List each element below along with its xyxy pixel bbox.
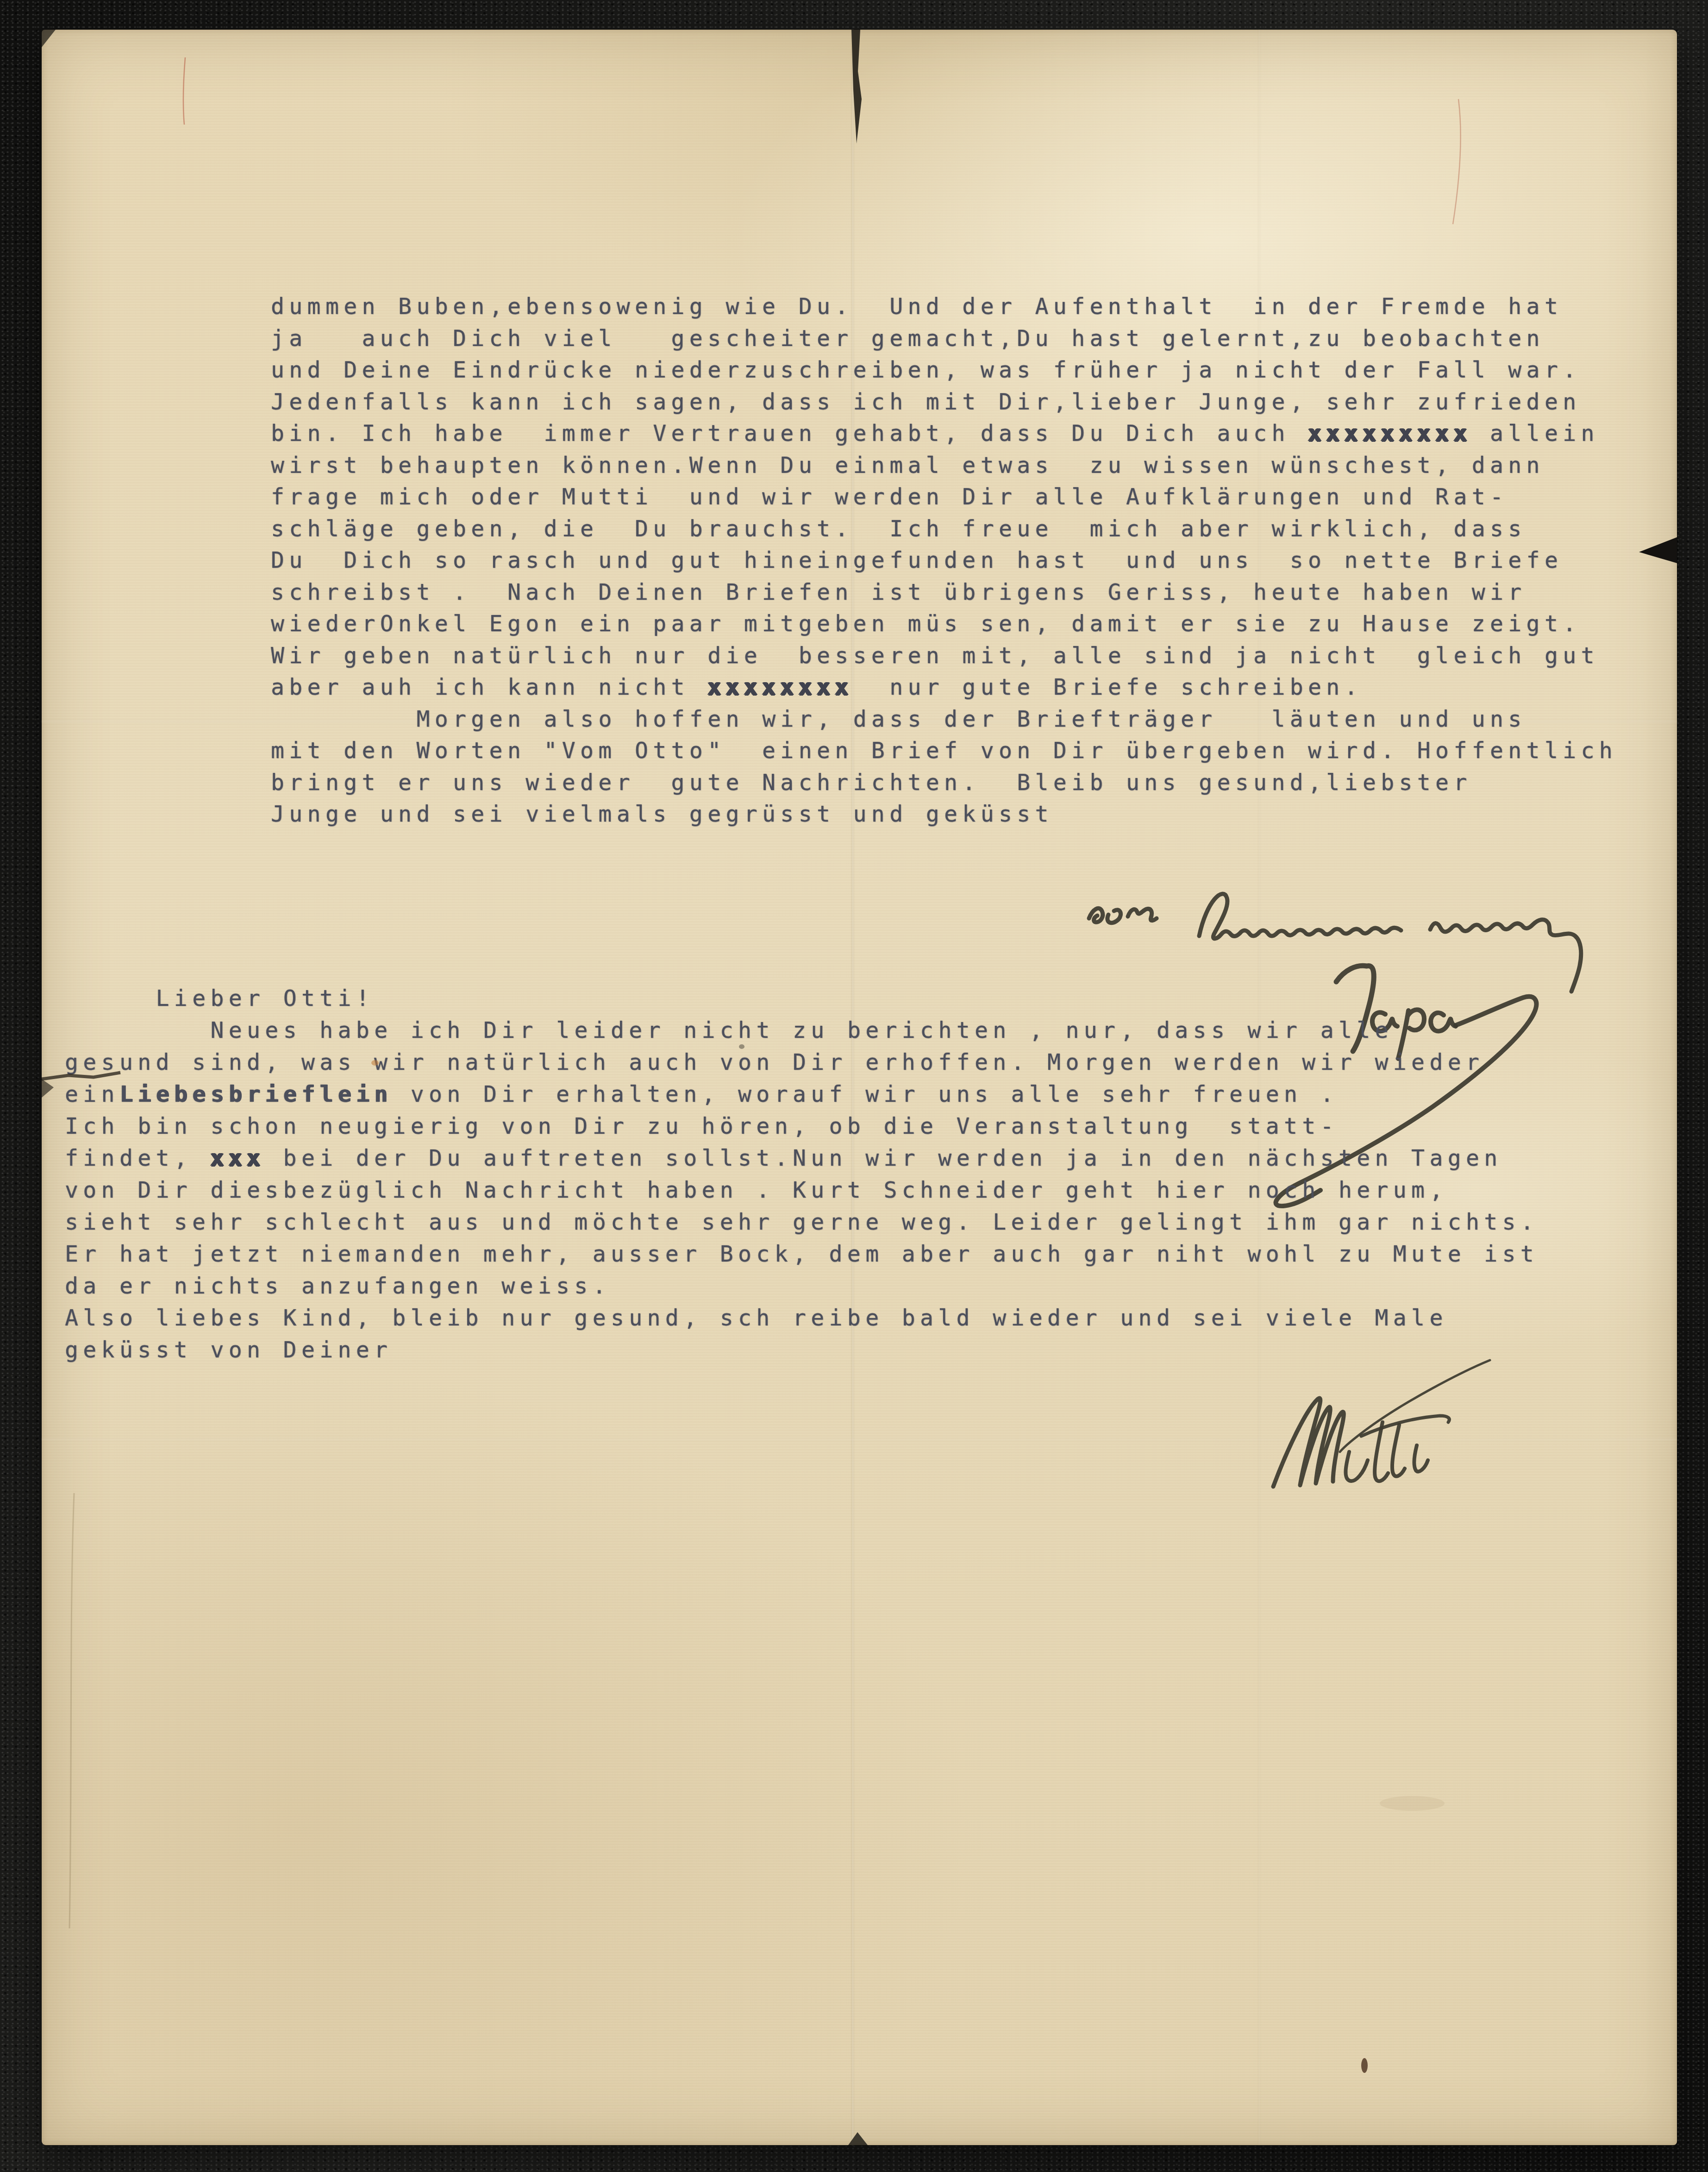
typed-text: Lieber Otti! (156, 986, 375, 1011)
left-edge-tear-shadow (42, 1079, 54, 1098)
typed-line: einLiebesbrieflein von Dir erhalten, wor… (65, 1079, 1539, 1111)
typed-line: gesund sind, was wir natürlich auch von … (65, 1047, 1539, 1079)
typed-text: Jedenfalls kann ich sagen, dass ich mit … (271, 389, 1581, 415)
typed-line: und Deine Eindrücke niederzuschreiben, w… (271, 354, 1617, 386)
typed-text: Neues habe ich Dir leider nicht zu beric… (210, 1017, 1393, 1043)
typed-text: frage mich oder Mutti und wir werden Dir… (271, 484, 1508, 510)
right-edge-notch (1639, 537, 1677, 563)
typed-line: dummen Buben,ebensowenig wie Du. Und der… (271, 291, 1617, 323)
photographed-letter-scene: dummen Buben,ebensowenig wie Du. Und der… (0, 0, 1708, 2172)
left-edge-fiber (69, 1493, 74, 1928)
horizontal-fold-crease-lower (42, 1438, 1677, 1441)
typed-text: ja auch Dich viel gescheiter gemacht,Du … (271, 326, 1545, 352)
red-fiber-top-right (1453, 99, 1460, 224)
typed-line: Junge und sei vielmals gegrüsst und gekü… (271, 798, 1617, 830)
typed-text: Er hat jetzt niemanden mehr, ausser Bock… (65, 1241, 1539, 1267)
overtyped-deletion: xxxxxxxx (707, 674, 853, 700)
typed-line: bringt er uns wieder gute Nachrichten. B… (271, 767, 1617, 799)
letter-page: dummen Buben,ebensowenig wie Du. Und der… (42, 30, 1677, 2145)
typed-text: Morgen also hoffen wir, dass der Brieftr… (416, 706, 1526, 732)
typed-text: ein (65, 1081, 119, 1107)
faint-smudge (1380, 1796, 1445, 1811)
typed-text: Ich bin schon neugierig von Dir zu hören… (65, 1113, 1339, 1139)
typed-line: Wir geben natürlich nur die besseren mit… (271, 640, 1617, 672)
typed-line: Jedenfalls kann ich sagen, dass ich mit … (271, 386, 1617, 418)
typed-line: frage mich oder Mutti und wir werden Dir… (271, 481, 1617, 513)
typed-line: Lieber Otti! (156, 983, 1539, 1015)
typed-line: geküsst von Deiner (65, 1334, 1539, 1366)
typed-text: findet, (65, 1145, 210, 1171)
typed-text: von Dir erhalten, worauf wir uns alle se… (392, 1081, 1339, 1107)
mutti-signature-text: Mutti (42, 30, 42, 30)
typed-text: mit den Worten "Vom Otto" einen Brief vo… (271, 738, 1617, 764)
typed-text: sieht sehr schlecht aus und möchte sehr … (65, 1209, 1539, 1235)
mutti-signature-handwriting (1199, 1355, 1495, 1507)
typed-line: sieht sehr schlecht aus und möchte sehr … (65, 1206, 1539, 1238)
papa-closing-text: von Deinem treuen (42, 30, 42, 30)
typed-text: wiederOnkel Egon ein paar mitgeben müs s… (271, 611, 1581, 637)
red-fiber-top-left (183, 57, 185, 125)
typed-text: gesund sind, was wir natürlich auch von … (65, 1049, 1484, 1075)
typed-text: nur gute Briefe schreiben. (853, 674, 1363, 700)
typed-line: Ich bin schon neugierig von Dir zu hören… (65, 1111, 1539, 1142)
typed-line: Neues habe ich Dir leider nicht zu beric… (210, 1015, 1539, 1047)
typed-text: schreibst . Nach Deinen Briefen ist übri… (271, 579, 1527, 605)
typed-line: schläge geben, die Du brauchst. Ich freu… (271, 513, 1617, 545)
typed-line: Er hat jetzt niemanden mehr, ausser Bock… (65, 1238, 1539, 1270)
top-left-corner-nick (42, 30, 56, 47)
typed-text: bringt er uns wieder gute Nachrichten. B… (271, 770, 1472, 796)
typed-text: aber auh ich kann nicht (271, 674, 707, 700)
typed-line: aber auh ich kann nicht xxxxxxxx nur gut… (271, 672, 1617, 703)
bottom-edge-nick (848, 2132, 868, 2145)
typed-text: bei der Du auftreten sollst.Nun wir werd… (265, 1145, 1502, 1171)
typed-line: von Dir diesbezüglich Nachricht haben . … (65, 1174, 1539, 1206)
papa-signature-text: Papa (42, 30, 42, 30)
typed-text: Du Dich so rasch und gut hineingefunden … (271, 547, 1563, 573)
typed-line: ja auch Dich viel gescheiter gemacht,Du … (271, 323, 1617, 355)
brown-fleck (1361, 2058, 1368, 2073)
overtyped-deletion: xxxxxxxxx (1308, 421, 1472, 446)
overtyped-deletion: xxx (210, 1145, 265, 1171)
typed-text: Wir geben natürlich nur die besseren mit… (271, 643, 1599, 669)
typed-letter-mutti: Lieber Otti!Neues habe ich Dir leider ni… (65, 983, 1539, 1366)
typed-text: von Dir diesbezüglich Nachricht haben . … (65, 1177, 1448, 1203)
typed-line: mit den Worten "Vom Otto" einen Brief vo… (271, 735, 1617, 767)
typed-line: Du Dich so rasch und gut hineingefunden … (271, 545, 1617, 577)
top-edge-tear (851, 30, 862, 144)
typed-text: bin. Ich habe immer Vertrauen gehabt, da… (271, 421, 1308, 446)
typed-line: schreibst . Nach Deinen Briefen ist übri… (271, 577, 1617, 609)
typed-line: wirst behaupten können.Wenn Du einmal et… (271, 450, 1617, 482)
typed-line: findet, xxx bei der Du auftreten sollst.… (65, 1142, 1539, 1174)
typed-text: dummen Buben,ebensowenig wie Du. Und der… (271, 294, 1563, 320)
typed-line: Also liebes Kind, bleib nur gesund, sch … (65, 1302, 1539, 1334)
typed-text: Junge und sei vielmals gegrüsst und gekü… (271, 801, 1053, 827)
typed-letter-papa: dummen Buben,ebensowenig wie Du. Und der… (271, 291, 1617, 830)
overtyped-heavy-text: Liebesbrieflein (119, 1081, 392, 1107)
typed-line: wiederOnkel Egon ein paar mitgeben müs s… (271, 608, 1617, 640)
typed-text: allein (1472, 421, 1599, 446)
typed-text: schläge geben, die Du brauchst. Ich freu… (271, 516, 1527, 542)
typed-line: da er nichts anzufangen weiss. (65, 1270, 1539, 1302)
typed-line: Morgen also hoffen wir, dass der Brieftr… (416, 703, 1617, 735)
typed-text: und Deine Eindrücke niederzuschreiben, w… (271, 357, 1581, 383)
typed-text: da er nichts anzufangen weiss. (65, 1273, 611, 1299)
typed-text: Also liebes Kind, bleib nur gesund, sch … (65, 1305, 1448, 1331)
typed-text: geküsst von Deiner (65, 1337, 392, 1363)
typed-text: wirst behaupten können.Wenn Du einmal et… (271, 452, 1545, 478)
typed-line: bin. Ich habe immer Vertrauen gehabt, da… (271, 418, 1617, 450)
